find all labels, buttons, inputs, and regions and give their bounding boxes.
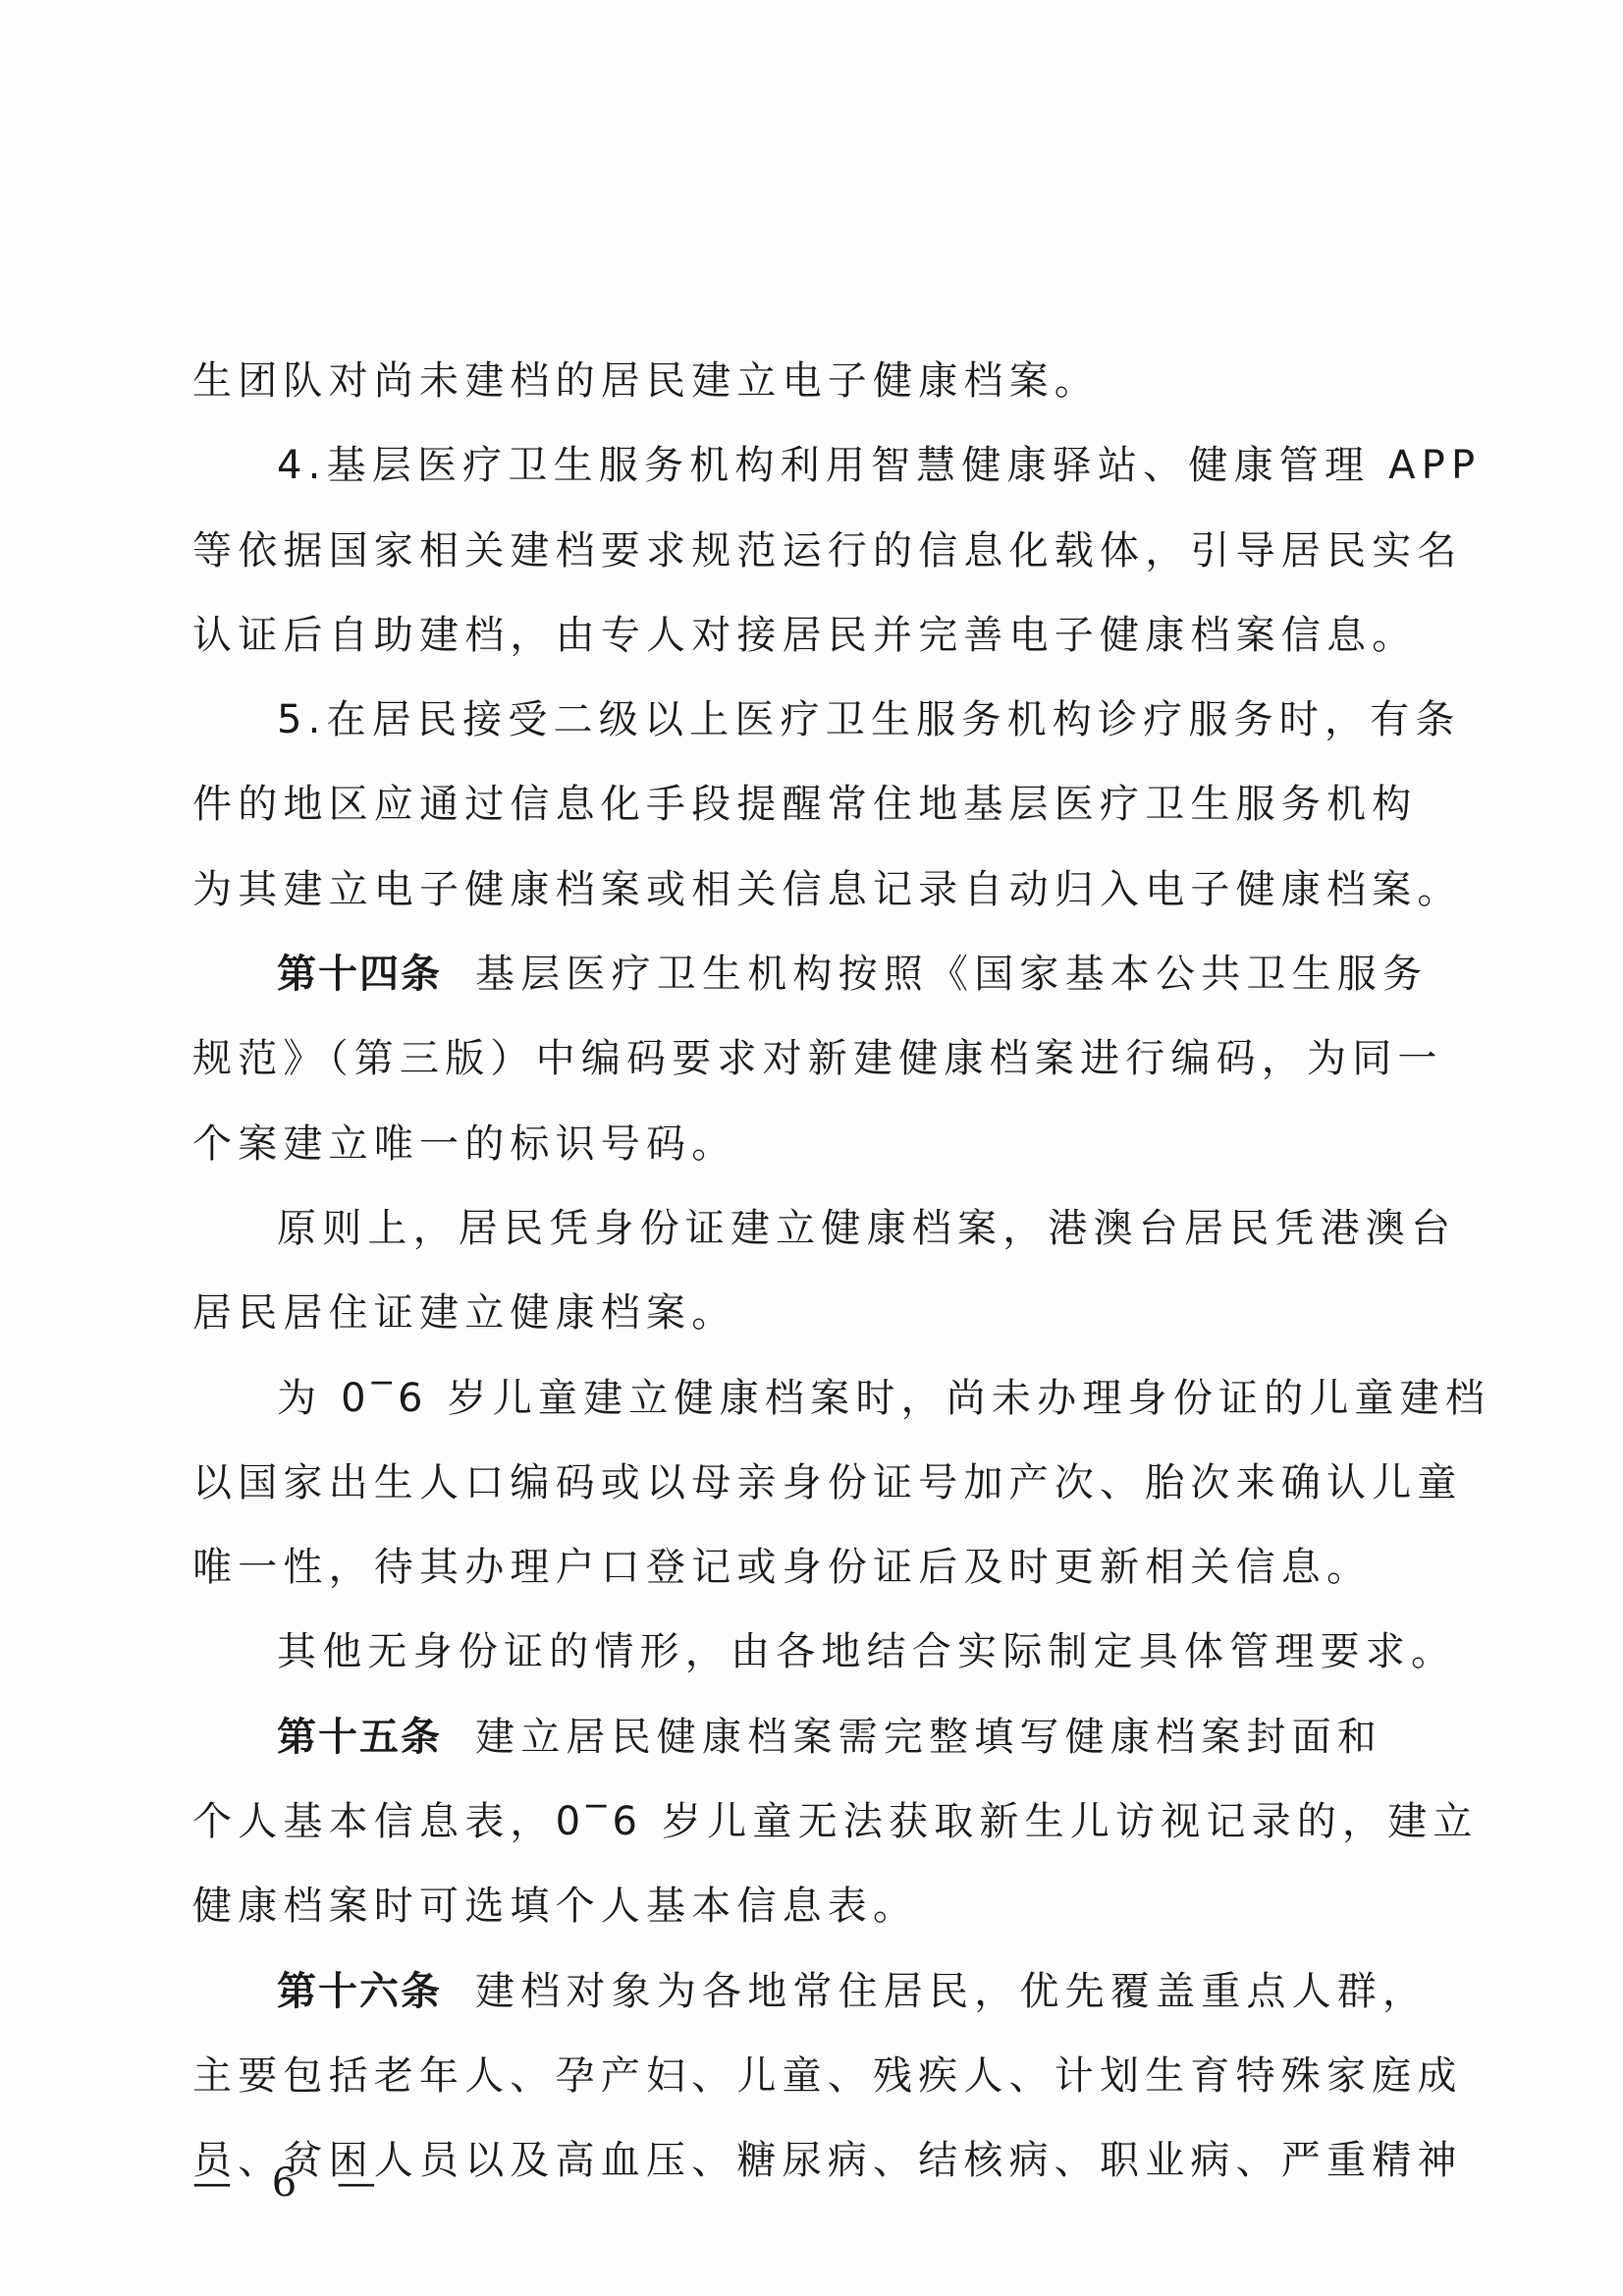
article-16: 第十六条建档对象为各地常住居民，优先覆盖重点人群， bbox=[192, 1949, 1400, 2034]
article-14-text: 基层医疗卫生机构按照《国家基本公共卫生服务 bbox=[475, 952, 1428, 997]
article-16-text: 建档对象为各地常住居民，优先覆盖重点人群， bbox=[475, 1969, 1428, 2014]
body-text: 生团队对尚未建档的居民建立电子健康档案。 4.基层医疗卫生服务机构利用智慧健康驿… bbox=[192, 339, 1400, 2204]
text-line: 健康档案时可选填个人基本信息表。 bbox=[192, 1864, 1400, 1948]
article-15: 第十五条建立居民健康档案需完整填写健康档案封面和 bbox=[192, 1695, 1400, 1779]
paragraph-children: 为 0‾6 岁儿童建立健康档案时，尚未办理身份证的儿童建档 bbox=[192, 1356, 1400, 1441]
article-15-text: 建立居民健康档案需完整填写健康档案封面和 bbox=[475, 1715, 1382, 1760]
text-line: 唯一性，待其办理户口登记或身份证后及时更新相关信息。 bbox=[192, 1525, 1400, 1610]
document-page: 生团队对尚未建档的居民建立电子健康档案。 4.基层医疗卫生服务机构利用智慧健康驿… bbox=[0, 0, 1623, 2296]
text-line: 认证后自助建档，由专人对接居民并完善电子健康档案信息。 bbox=[192, 593, 1400, 678]
article-15-heading: 第十五条 bbox=[277, 1715, 442, 1760]
text-line: 以国家出生人口编码或以母亲身份证号加产次、胎次来确认儿童 bbox=[192, 1441, 1400, 1525]
text-line: 件的地区应通过信息化手段提醒常住地基层医疗卫生服务机构 bbox=[192, 762, 1400, 847]
text-line: 居民居住证建立健康档案。 bbox=[192, 1271, 1400, 1355]
text-line: 为其建立电子健康档案或相关信息记录自动归入电子健康档案。 bbox=[192, 847, 1400, 932]
paragraph-other: 其他无身份证的情形，由各地结合实际制定具体管理要求。 bbox=[192, 1610, 1400, 1694]
text-line: 个案建立唯一的标识号码。 bbox=[192, 1102, 1400, 1186]
text-line: 等依据国家相关建档要求规范运行的信息化载体，引导居民实名 bbox=[192, 509, 1400, 593]
page-number: — 6 — bbox=[192, 2160, 390, 2206]
text-line: 个人基本信息表，0‾6 岁儿童无法获取新生儿访视记录的，建立 bbox=[192, 1779, 1400, 1864]
article-16-heading: 第十六条 bbox=[277, 1969, 442, 2014]
text-line: 生团队对尚未建档的居民建立电子健康档案。 bbox=[192, 339, 1400, 423]
text-line: 规范》（第三版）中编码要求对新建健康档案进行编码，为同一 bbox=[192, 1016, 1400, 1101]
text-line: 主要包括老年人、孕产妇、儿童、残疾人、计划生育特殊家庭成 bbox=[192, 2034, 1400, 2118]
paragraph-item-4: 4.基层医疗卫生服务机构利用智慧健康驿站、健康管理 APP bbox=[192, 423, 1400, 508]
article-14: 第十四条基层医疗卫生机构按照《国家基本公共卫生服务 bbox=[192, 932, 1400, 1016]
paragraph-id-card: 原则上，居民凭身份证建立健康档案，港澳台居民凭港澳台 bbox=[192, 1186, 1400, 1271]
article-14-heading: 第十四条 bbox=[277, 952, 442, 997]
paragraph-item-5: 5.在居民接受二级以上医疗卫生服务机构诊疗服务时，有条 bbox=[192, 678, 1400, 762]
